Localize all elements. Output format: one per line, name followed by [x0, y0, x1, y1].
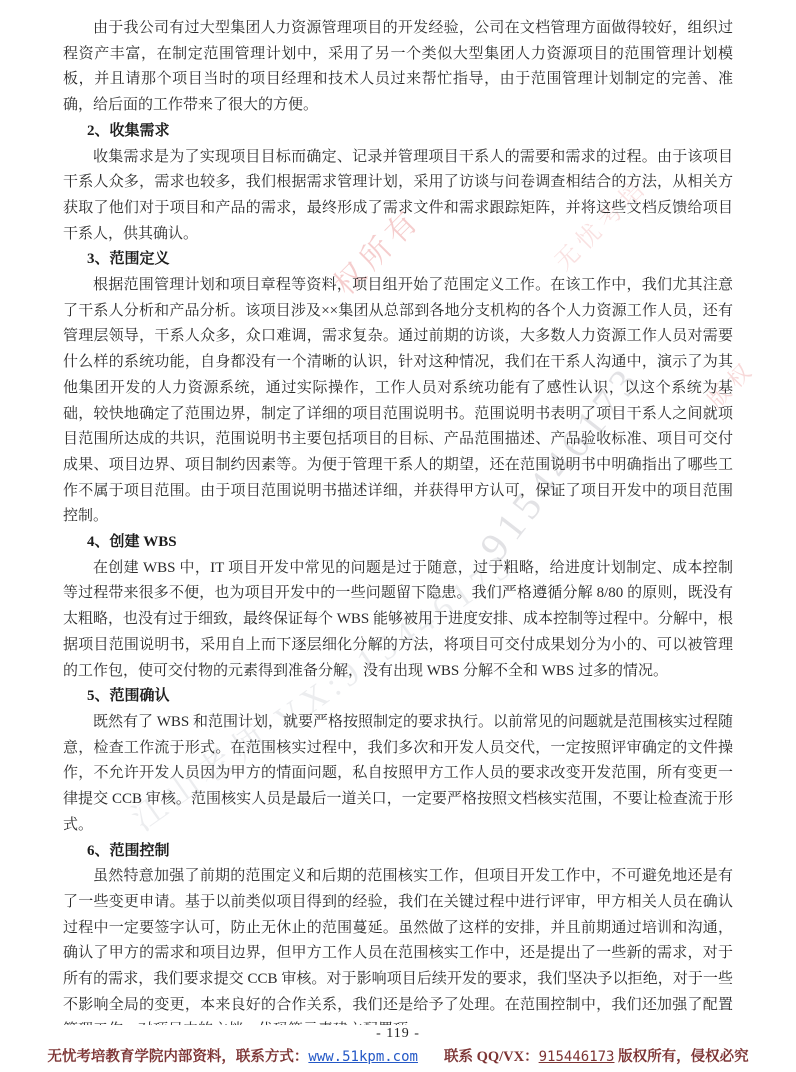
- footer-qq-number[interactable]: 915446173: [539, 1049, 615, 1065]
- page-number: - 119 -: [0, 1026, 796, 1042]
- footer-copyright-right: 版权所有，侵权必究: [614, 1049, 748, 1065]
- body-paragraph: 在创建 WBS 中，IT 项目开发中常见的问题是过于随意，过于粗略，给进度计划制…: [63, 556, 733, 685]
- footer-contact-label: 联系 QQ/VX：: [444, 1049, 539, 1065]
- section-heading: 5、范围确认: [63, 684, 733, 710]
- footer-copyright-left: 无忧考培教育学院内部资料，联系方式：: [47, 1049, 308, 1065]
- body-paragraph: 收集需求是为了实现项目目标而确定、记录并管理项目干系人的需要和需求的过程。由于该…: [63, 145, 733, 248]
- footer: 无忧考培教育学院内部资料，联系方式：www.51kpm.com联系 QQ/VX：…: [0, 1045, 796, 1066]
- page-footer-area: - 119 - 无忧考培教育学院内部资料，联系方式：www.51kpm.com联…: [0, 1025, 796, 1072]
- document-body: 由于我公司有过大型集团人力资源管理项目的开发经验，公司在文档管理方面做得较好，组…: [63, 16, 733, 1044]
- document-page: 权所有无忧考培915446173江山老师 VX:915446173版权 由于我公…: [0, 0, 796, 1072]
- footer-website-link[interactable]: www.51kpm.com: [308, 1049, 418, 1065]
- body-paragraph: 虽然特意加强了前期的范围定义和后期的范围核实工作，但项目开发工作中，不可避免地还…: [63, 864, 733, 1044]
- body-paragraph: 根据范围管理计划和项目章程等资料，项目组开始了范围定义工作。在该工作中，我们尤其…: [63, 273, 733, 530]
- section-heading: 2、收集需求: [63, 119, 733, 145]
- section-heading: 3、范围定义: [63, 247, 733, 273]
- body-paragraph: 由于我公司有过大型集团人力资源管理项目的开发经验，公司在文档管理方面做得较好，组…: [63, 16, 733, 119]
- section-heading: 6、范围控制: [63, 839, 733, 865]
- section-heading: 4、创建 WBS: [63, 530, 733, 556]
- body-paragraph: 既然有了 WBS 和范围计划，就要严格按照制定的要求执行。以前常见的问题就是范围…: [63, 710, 733, 839]
